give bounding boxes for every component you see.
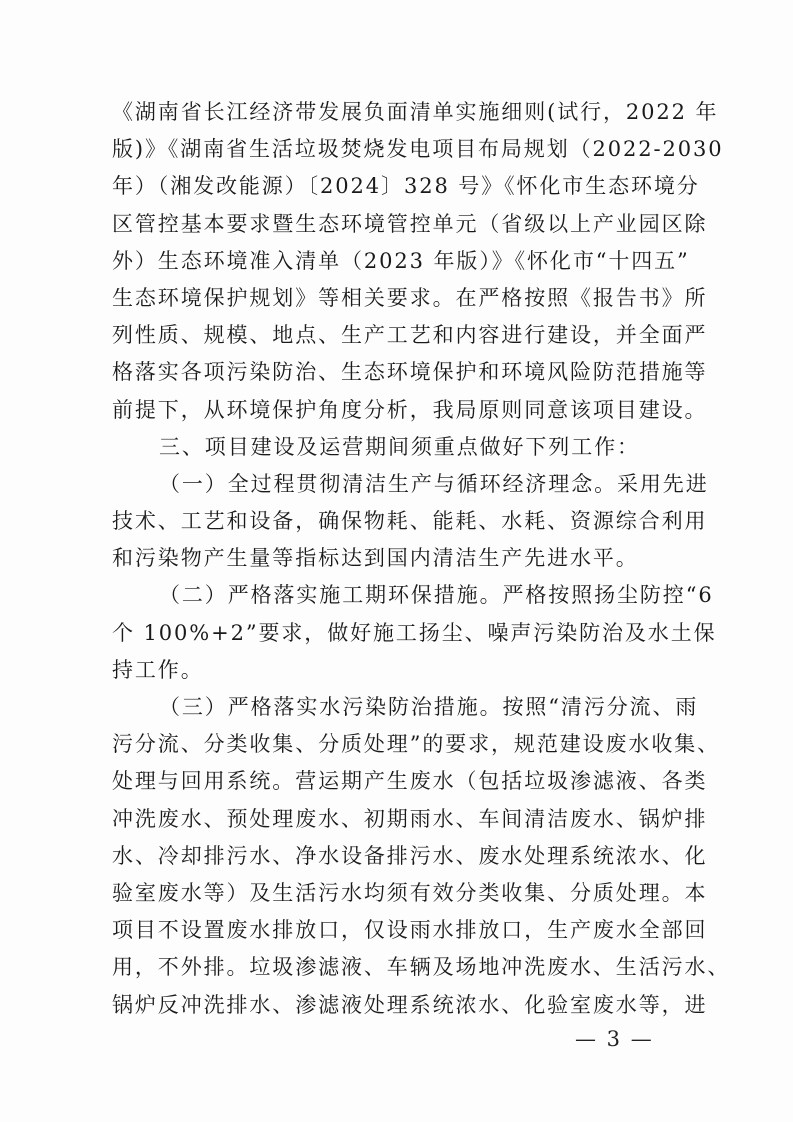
text-line: 三、项目建设及运营期间须重点做好下列工作： — [112, 429, 672, 466]
text-line: 锅炉反冲洗排水、渗滤液处理系统浓水、化验室废水等，进 — [112, 987, 672, 1024]
text-line: 污分流、分类收集、分质处理”的要求，规范建设废水收集、 — [112, 726, 672, 763]
text-line: 前提下，从环境保护角度分析，我局原则同意该项目建设。 — [112, 392, 672, 429]
body-text: 《湖南省长江经济带发展负面清单实施细则(试行，2022 年版)》《湖南省生活垃圾… — [112, 94, 672, 1024]
document-page: 《湖南省长江经济带发展负面清单实施细则(试行，2022 年版)》《湖南省生活垃圾… — [0, 0, 793, 1122]
text-line: （一）全过程贯彻清洁生产与循环经济理念。采用先进 — [112, 466, 672, 503]
text-line: 列性质、规模、地点、生产工艺和内容进行建设，并全面严 — [112, 317, 672, 354]
text-line: 格落实各项污染防治、生态环境保护和环境风险防范措施等 — [112, 354, 672, 391]
text-line: （三）严格落实水污染防治措施。按照“清污分流、雨 — [112, 689, 672, 726]
text-line: 《湖南省长江经济带发展负面清单实施细则(试行，2022 年 — [112, 94, 672, 131]
text-line: 技术、工艺和设备，确保物耗、能耗、水耗、资源综合利用 — [112, 503, 672, 540]
text-line: 用，不外排。垃圾渗滤液、车辆及场地冲洗废水、生活污水、 — [112, 949, 672, 986]
text-line: 冲洗废水、预处理废水、初期雨水、车间清洁废水、锅炉排 — [112, 801, 672, 838]
text-line: 个 100%+2”要求，做好施工扬尘、噪声污染防治及水土保 — [112, 615, 672, 652]
text-line: 处理与回用系统。营运期产生废水（包括垃圾渗滤液、各类 — [112, 763, 672, 800]
page-number: — 3 — — [575, 1024, 654, 1054]
text-line: 外）生态环境准入清单（2023 年版）》《怀化市“十四五” — [112, 243, 672, 280]
text-line: 生态环境保护规划》等相关要求。在严格按照《报告书》所 — [112, 280, 672, 317]
text-line: 项目不设置废水排放口，仅设雨水排放口，生产废水全部回 — [112, 912, 672, 949]
text-line: 验室废水等）及生活污水均须有效分类收集、分质处理。本 — [112, 875, 672, 912]
text-line: 持工作。 — [112, 652, 672, 689]
text-line: 区管控基本要求暨生态环境管控单元（省级以上产业园区除 — [112, 206, 672, 243]
text-line: 版)》《湖南省生活垃圾焚烧发电项目布局规划（2022-2030 — [112, 131, 672, 168]
text-line: （二）严格落实施工期环保措施。严格按照扬尘防控“6 — [112, 577, 672, 614]
text-line: 水、冷却排污水、净水设备排污水、废水处理系统浓水、化 — [112, 838, 672, 875]
text-line: 和污染物产生量等指标达到国内清洁生产先进水平。 — [112, 540, 672, 577]
text-line: 年）（湘发改能源）〔2024〕328 号》《怀化市生态环境分 — [112, 168, 672, 205]
